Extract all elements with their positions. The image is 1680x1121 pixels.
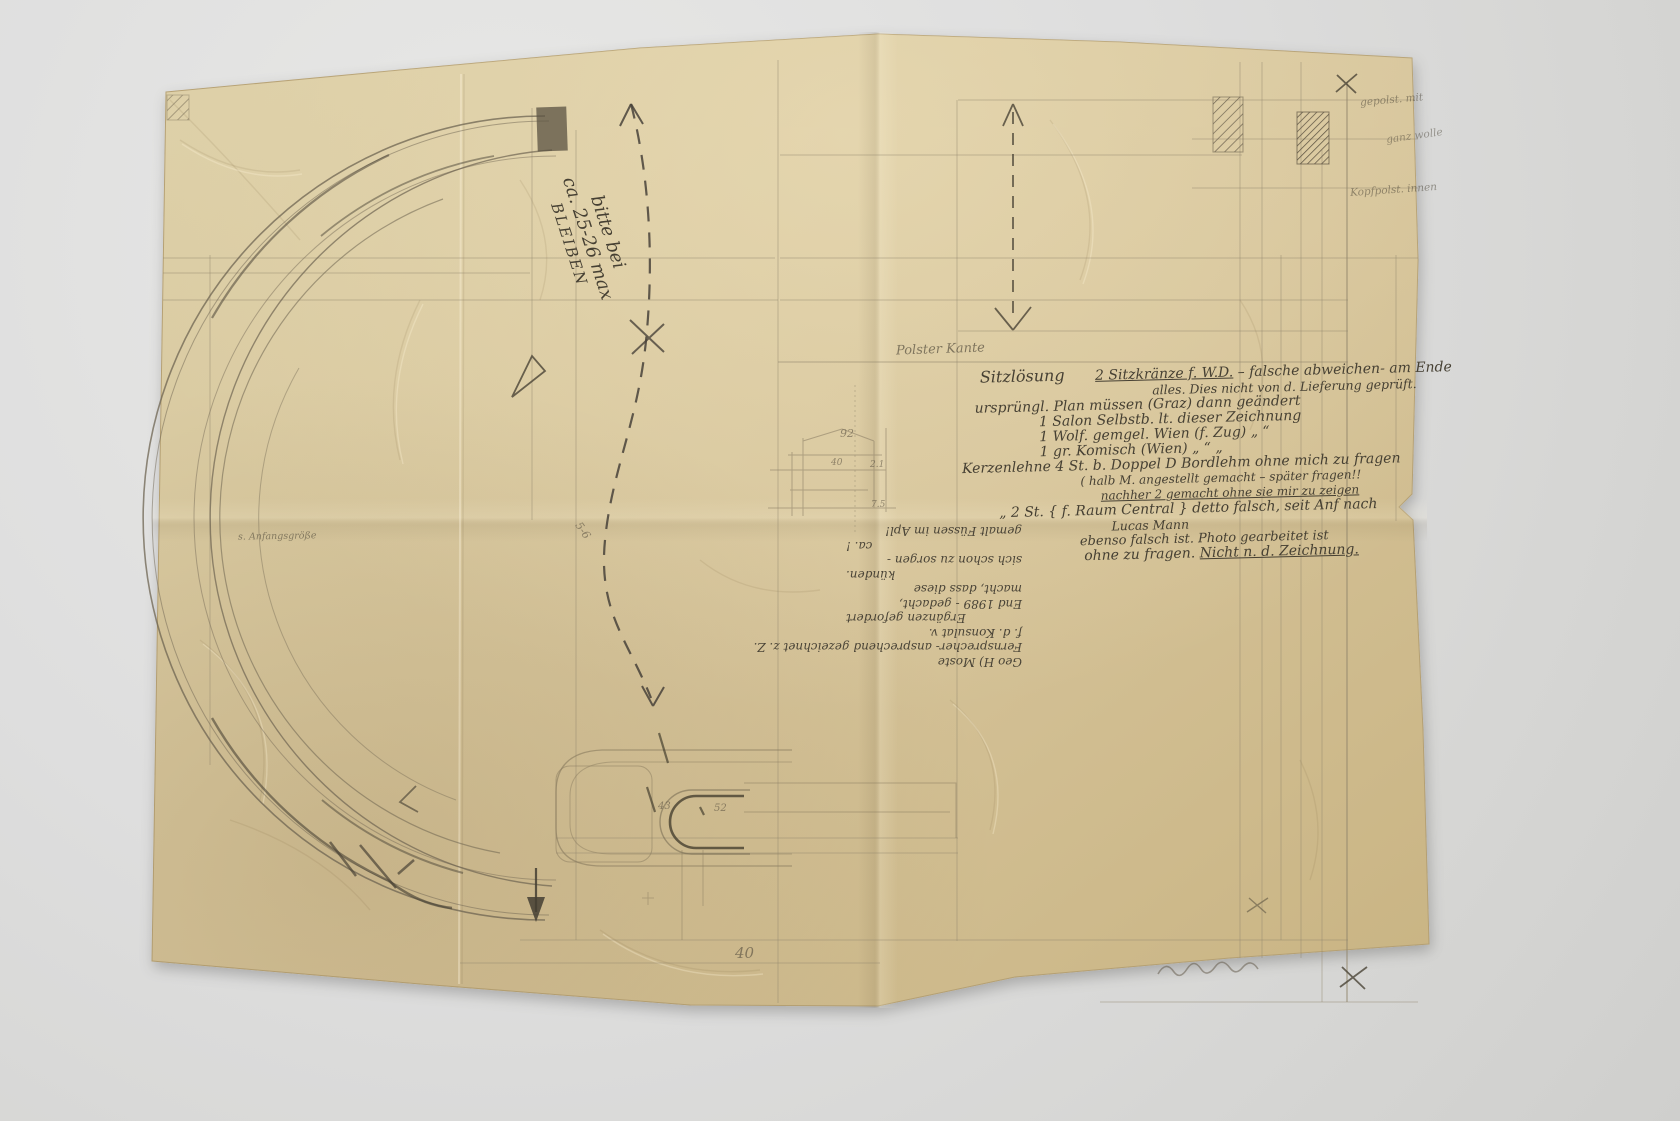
dimension-92: 92	[840, 427, 854, 440]
dimension-2-1: 2.1	[870, 460, 884, 470]
flipped-line: künden.	[846, 568, 1022, 583]
polster-kante-label: Polster Kante	[896, 340, 985, 358]
note-line-part: ohne zu fragen.	[1084, 545, 1195, 564]
signature-scribble	[1158, 962, 1258, 975]
flipped-line: gemalt Füssen im Apl!	[846, 524, 1022, 539]
flipped-line: sich schon zu sorgen -	[846, 553, 1022, 568]
dimension-40-large: 40	[735, 944, 754, 962]
flipped-line: End 1989 - gedacht,	[846, 597, 1022, 612]
hatch-rect-top-left	[167, 95, 189, 120]
photo-backdrop: bitte bei ca. 25-26 max BLEIBEN Sitzlösu…	[0, 0, 1680, 1121]
flipped-line: ca. !	[846, 539, 1022, 554]
flipped-line: f. d. Konsulat v.	[846, 626, 1022, 641]
dimension-7-5: 7.5	[871, 500, 885, 510]
drawing-canvas	[0, 0, 1680, 1121]
flipped-line: Ergänzen gefordert	[846, 611, 1022, 626]
dimension-40: 40	[831, 458, 842, 468]
main-handwritten-note: Sitzlösung 2 Sitzkränze f. W.D. – falsch…	[980, 358, 1445, 566]
hatch-rect-2	[1297, 112, 1329, 164]
note-heading: Sitzlösung	[980, 366, 1065, 387]
flipped-line: Geo H) Moste	[846, 655, 1022, 670]
dimension-43: 43	[658, 801, 671, 812]
upside-down-note: Geo H) Moste Fernsprecher- ansprechend g…	[846, 524, 1022, 669]
dark-filled-rect	[536, 106, 568, 151]
dimension-52: 52	[714, 803, 727, 814]
hatch-rect-1	[1213, 97, 1243, 152]
flipped-line: macht, dass diese	[846, 582, 1022, 597]
scale-note-label: s. Anfangsgröße	[238, 530, 317, 542]
flipped-line: Fernsprecher- ansprechend gezeichnet z. …	[846, 640, 1022, 655]
